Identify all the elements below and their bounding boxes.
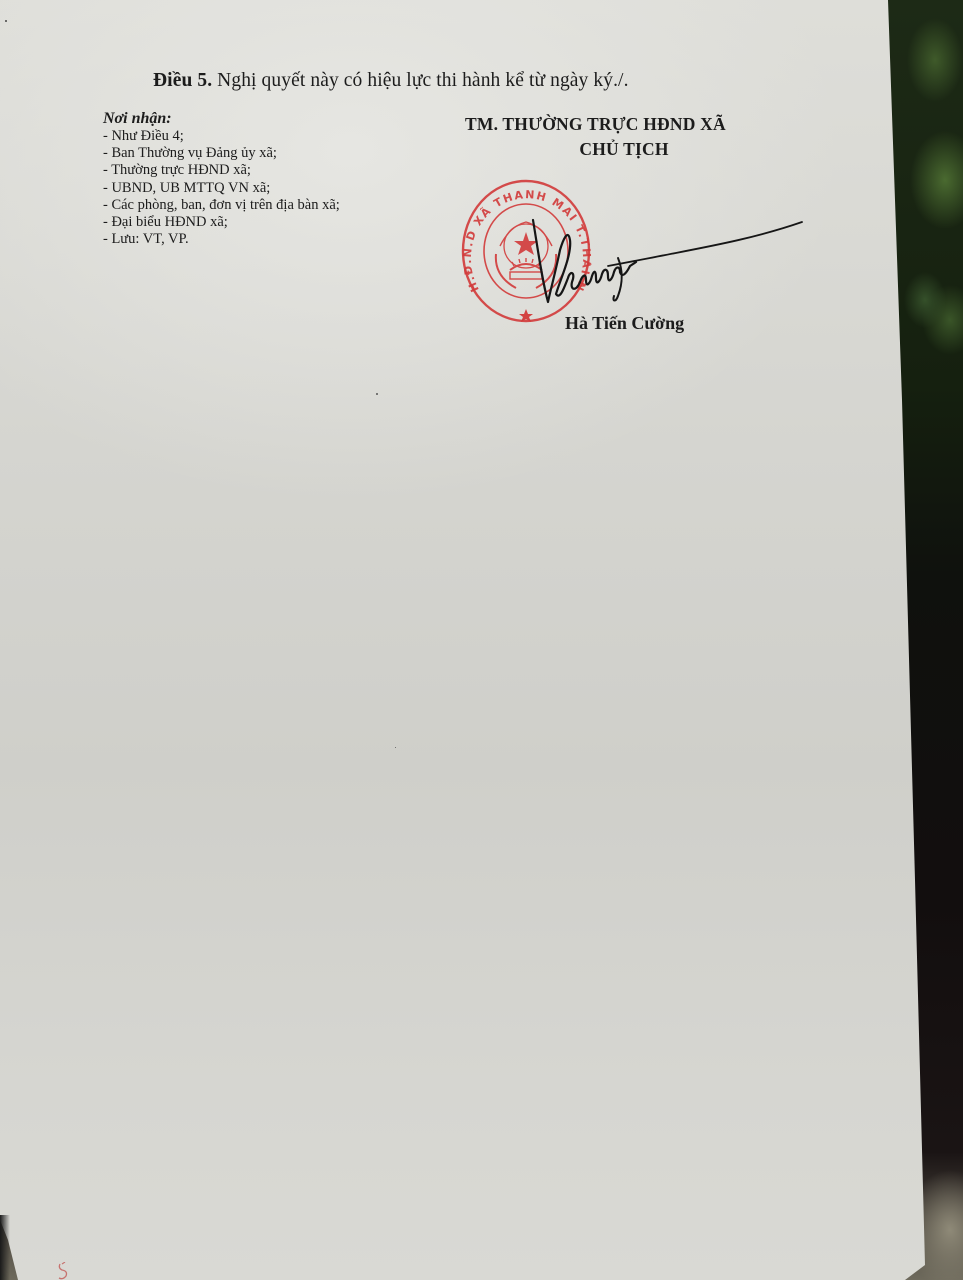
recipient-item: - Ban Thường vụ Đảng ủy xã;	[103, 145, 340, 162]
recipient-item: - Lưu: VT, VP.	[103, 231, 340, 248]
red-handwritten-mark-icon	[56, 1262, 76, 1280]
recipients-title: Nơi nhận:	[103, 110, 340, 128]
recipient-item: - Các phòng, ban, đơn vị trên địa bàn xã…	[103, 197, 340, 214]
recipient-item: - Như Điều 4;	[103, 128, 340, 145]
recipient-item: - UBND, UB MTTQ VN xã;	[103, 180, 340, 197]
document-page: Điều 5. Nghị quyết này có hiệu lực thi h…	[0, 0, 963, 1280]
signer-block: TM. THƯỜNG TRỰC HĐND XÃ CHỦ TỊCH	[465, 112, 815, 162]
recipients-block: Nơi nhận: - Như Điều 4; - Ban Thường vụ …	[103, 110, 340, 248]
handwritten-signature-icon	[530, 210, 810, 330]
article-5: Điều 5. Nghị quyết này có hiệu lực thi h…	[153, 70, 629, 92]
article-text: Nghị quyết này có hiệu lực thi hành kể t…	[212, 70, 628, 91]
paper-speck	[5, 20, 7, 22]
signer-position: CHỦ TỊCH	[433, 137, 815, 162]
paper-speck	[376, 393, 378, 395]
left-edge-shadow	[0, 1215, 10, 1280]
recipients-list: - Như Điều 4; - Ban Thường vụ Đảng ủy xã…	[103, 128, 340, 248]
photo-scene: Điều 5. Nghị quyết này có hiệu lực thi h…	[0, 0, 963, 1280]
paper-speck	[395, 747, 396, 748]
recipient-item: - Thường trực HĐND xã;	[103, 162, 340, 179]
article-label: Điều 5.	[153, 70, 212, 91]
signer-name: Hà Tiến Cường	[565, 313, 684, 334]
signer-on-behalf: TM. THƯỜNG TRỰC HĐND XÃ	[465, 112, 815, 137]
recipient-item: - Đại biểu HĐND xã;	[103, 214, 340, 231]
